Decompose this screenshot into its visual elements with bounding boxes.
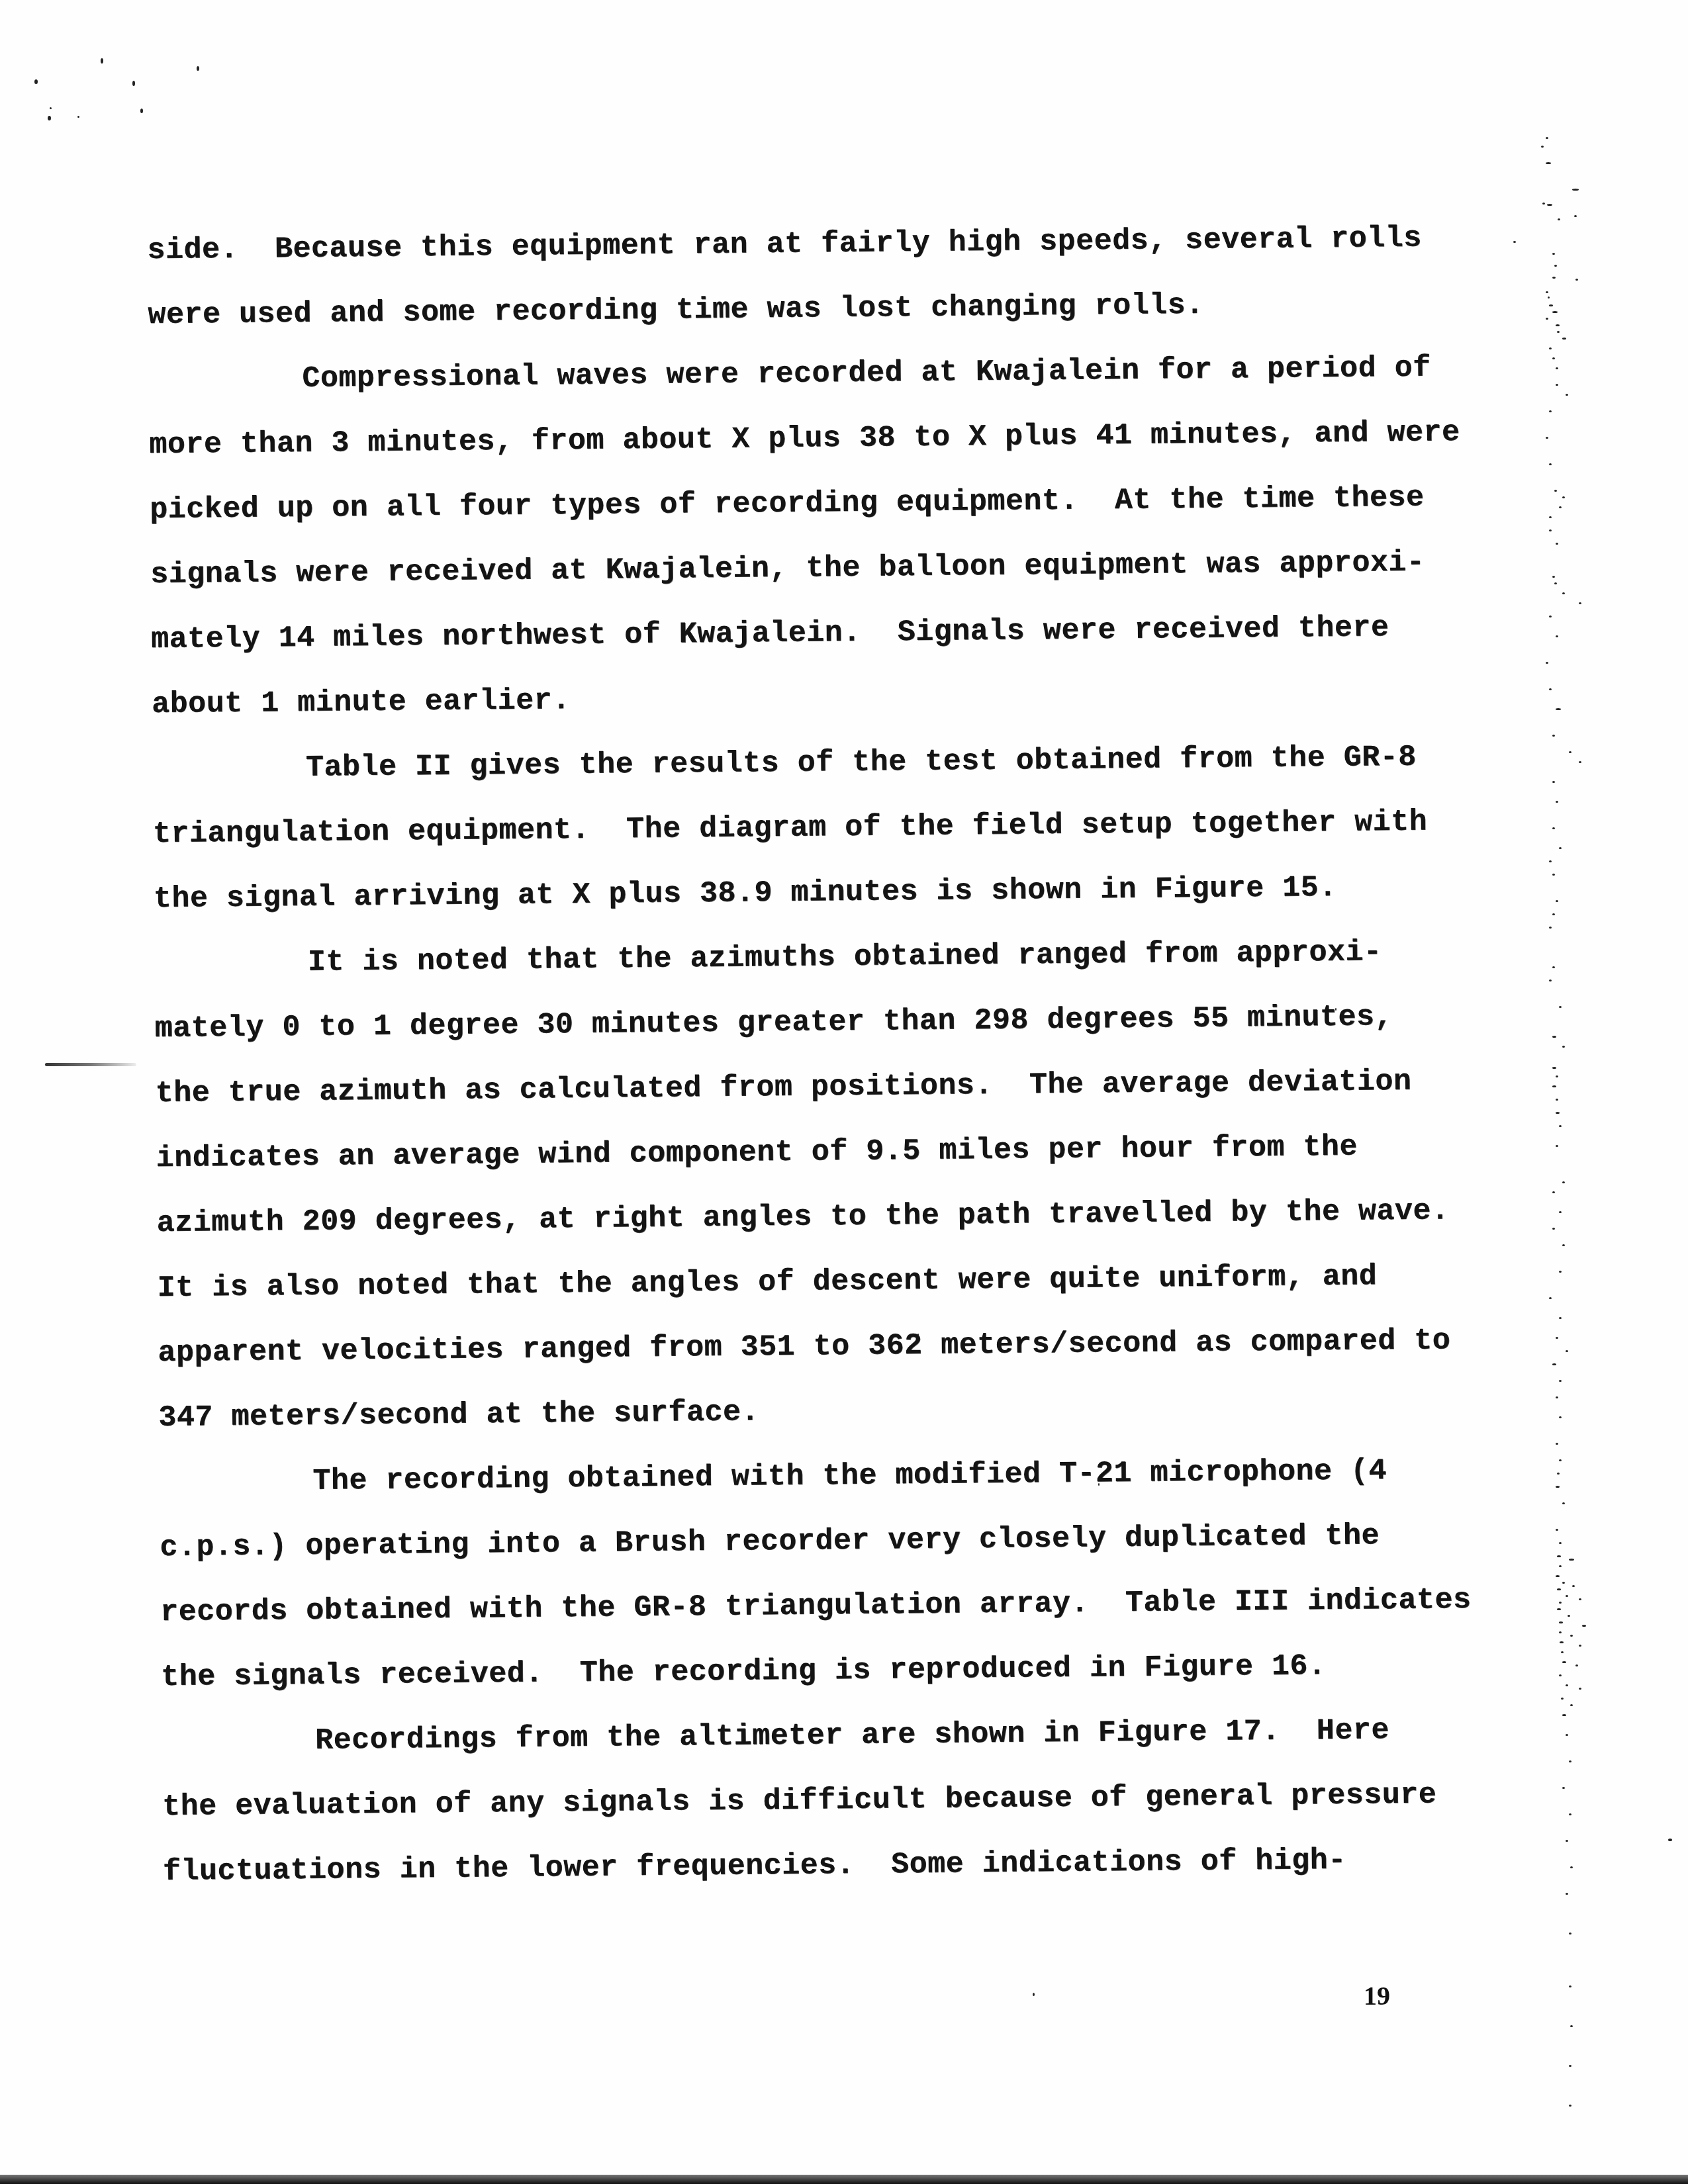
text-line: fluctuations in the lower frequencies. S… bbox=[163, 1828, 1408, 1905]
text-line: the signal arriving at X plus 38.9 minut… bbox=[153, 855, 1398, 932]
text-line: apparent velocities ranged from 351 to 3… bbox=[158, 1309, 1403, 1386]
paragraph: Table II gives the results of the test o… bbox=[152, 725, 1399, 932]
text-line: Compressional waves were recorded at Kwa… bbox=[148, 336, 1393, 413]
text-line: mately 14 miles northwest of Kwajalein. … bbox=[151, 596, 1396, 672]
text-line: azimuth 209 degrees, at right angles to … bbox=[156, 1179, 1401, 1256]
text-line: picked up on all four types of recording… bbox=[150, 466, 1395, 543]
text-line: the signals received. The recording is r… bbox=[161, 1633, 1406, 1710]
body-text: side. Because this equipment ran at fair… bbox=[147, 206, 1407, 1905]
text-line: about 1 minute earlier. bbox=[152, 660, 1397, 737]
text-line: more than 3 minutes, from about X plus 3… bbox=[149, 401, 1394, 478]
text-line: mately 0 to 1 degree 30 minutes greater … bbox=[154, 985, 1399, 1062]
scan-edge bbox=[0, 2175, 1688, 2184]
text-line: indicates an average wind component of 9… bbox=[156, 1115, 1401, 1191]
text-line: side. Because this equipment ran at fair… bbox=[147, 206, 1392, 283]
text-line: 347 meters/second at the surface. bbox=[158, 1374, 1403, 1451]
text-line: It is also noted that the angles of desc… bbox=[157, 1244, 1402, 1321]
text-line: c.p.s.) operating into a Brush recorder … bbox=[160, 1504, 1405, 1580]
paragraph: Compressional waves were recorded at Kwa… bbox=[148, 336, 1397, 737]
text-line: It is noted that the azimuths obtained r… bbox=[154, 920, 1399, 997]
text-line: Recordings from the altimeter are shown … bbox=[162, 1698, 1407, 1775]
paragraph: The recording obtained with the modified… bbox=[159, 1439, 1406, 1710]
text-line: the evaluation of any signals is difficu… bbox=[162, 1763, 1407, 1840]
text-line: The recording obtained with the modified… bbox=[159, 1439, 1404, 1516]
page-number: 19 bbox=[1364, 1980, 1390, 2011]
text-line: signals were received at Kwajalein, the … bbox=[150, 531, 1395, 608]
text-line: Table II gives the results of the test o… bbox=[152, 725, 1397, 802]
paragraph: side. Because this equipment ran at fair… bbox=[147, 206, 1393, 348]
document-page: side. Because this equipment ran at fair… bbox=[0, 0, 1688, 2184]
paragraph: Recordings from the altimeter are shown … bbox=[162, 1698, 1408, 1905]
text-line: were used and some recording time was lo… bbox=[148, 271, 1393, 348]
text-line: the true azimuth as calculated from posi… bbox=[155, 1050, 1400, 1126]
margin-mark bbox=[45, 1063, 136, 1066]
paragraph: It is noted that the azimuths obtained r… bbox=[154, 920, 1403, 1451]
text-line: records obtained with the GR-8 triangula… bbox=[160, 1569, 1405, 1645]
text-line: triangulation equipment. The diagram of … bbox=[152, 790, 1397, 867]
